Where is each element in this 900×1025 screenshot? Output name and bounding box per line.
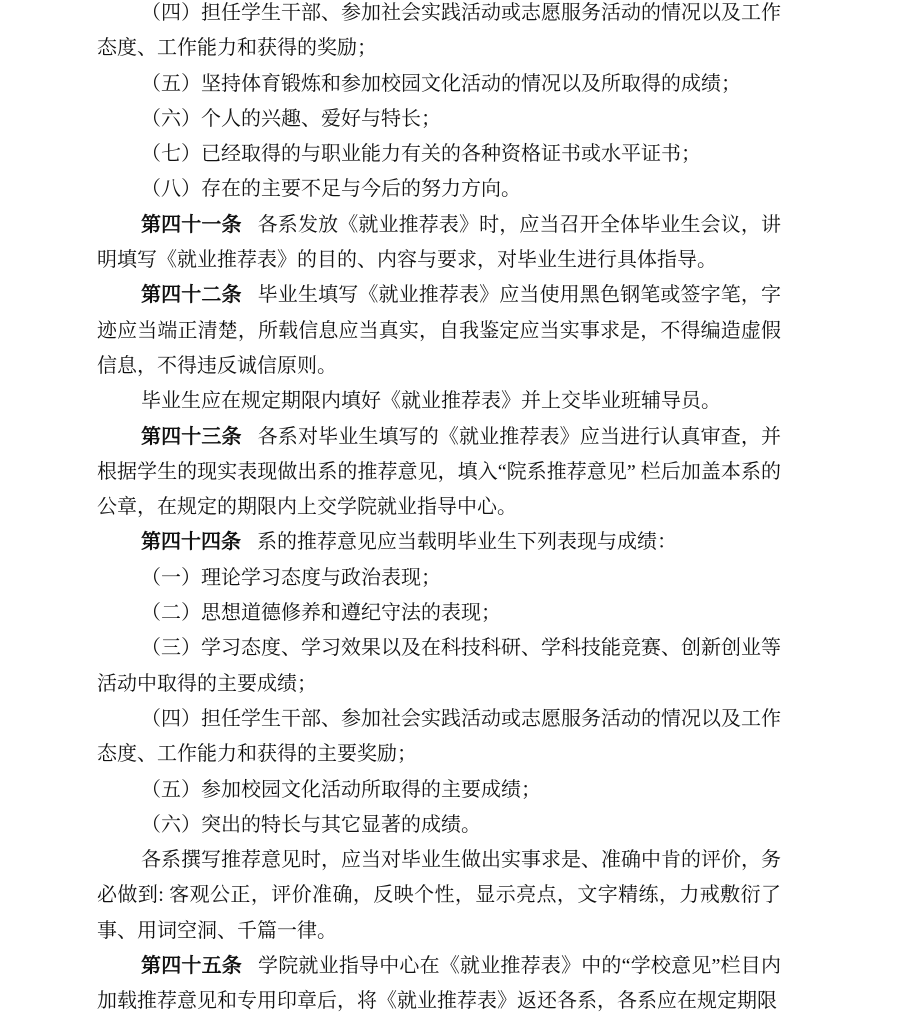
article-number-label: 第四十一条 bbox=[141, 214, 242, 236]
paragraph-text: 毕业生应在规定期限内填好《就业推荐表》并上交毕业班辅导员。 bbox=[141, 390, 721, 412]
article-number-label: 第四十二条 bbox=[141, 284, 242, 306]
paragraph: （三）学习态度、学习效果以及在科技科研、学科技能竞赛、创新创业等活动中取得的主要… bbox=[97, 631, 781, 702]
paragraph-text: （八）存在的主要不足与今后的努力方向。 bbox=[141, 178, 521, 200]
paragraph-text: （六）突出的特长与其它显著的成绩。 bbox=[141, 814, 481, 836]
paragraph-text: （四）担任学生干部、参加社会实践活动或志愿服务活动的情况以及工作态度、工作能力和… bbox=[97, 708, 781, 765]
paragraph: 第四十三条各系对毕业生填写的《就业推荐表》应当进行认真审查，并根据学生的现实表现… bbox=[97, 420, 781, 526]
paragraph: 第四十二条毕业生填写《就业推荐表》应当使用黑色钢笔或签字笔，字迹应当端正清楚，所… bbox=[97, 278, 781, 384]
paragraph-text: 各系撰写推荐意见时，应当对毕业生做出实事求是、准确中肯的评价，务必做到: 客观公… bbox=[97, 849, 781, 942]
paragraph: （八）存在的主要不足与今后的努力方向。 bbox=[97, 172, 781, 207]
paragraph-text: （五）坚持体育锻炼和参加校园文化活动的情况以及所取得的成绩； bbox=[141, 73, 741, 95]
paragraph-text: （二）思想道德修养和遵纪守法的表现； bbox=[141, 602, 501, 624]
paragraph-text: （六）个人的兴趣、爱好与特长； bbox=[141, 108, 441, 130]
paragraph: 第四十五条学院就业指导中心在《就业推荐表》中的“学校意见”栏目内加载推荐意见和专… bbox=[97, 949, 781, 1020]
paragraph: （一）理论学习态度与政治表现； bbox=[97, 561, 781, 596]
paragraph: 各系撰写推荐意见时，应当对毕业生做出实事求是、准确中肯的评价，务必做到: 客观公… bbox=[97, 843, 781, 949]
paragraph: （四）担任学生干部、参加社会实践活动或志愿服务活动的情况以及工作态度、工作能力和… bbox=[97, 0, 781, 67]
article-number-label: 第四十四条 bbox=[141, 531, 241, 553]
paragraph-text: （三）学习态度、学习效果以及在科技科研、学科技能竞赛、创新创业等活动中取得的主要… bbox=[97, 637, 781, 694]
article-number-label: 第四十三条 bbox=[141, 426, 242, 448]
paragraph: （六）突出的特长与其它显著的成绩。 bbox=[97, 808, 781, 843]
article-number-label: 第四十五条 bbox=[141, 955, 242, 977]
paragraph: （五）参加校园文化活动所取得的主要成绩； bbox=[97, 773, 781, 808]
paragraph: 第四十四条系的推荐意见应当载明毕业生下列表现与成绩： bbox=[97, 525, 781, 560]
document-page: （四）担任学生干部、参加社会实践活动或志愿服务活动的情况以及工作态度、工作能力和… bbox=[0, 0, 900, 1025]
paragraph-text: （四）担任学生干部、参加社会实践活动或志愿服务活动的情况以及工作态度、工作能力和… bbox=[97, 2, 781, 59]
paragraph: （五）坚持体育锻炼和参加校园文化活动的情况以及所取得的成绩； bbox=[97, 67, 781, 102]
paragraph-text: （一）理论学习态度与政治表现； bbox=[141, 567, 441, 589]
document-text-block: （四）担任学生干部、参加社会实践活动或志愿服务活动的情况以及工作态度、工作能力和… bbox=[97, 0, 781, 1020]
paragraph: （四）担任学生干部、参加社会实践活动或志愿服务活动的情况以及工作态度、工作能力和… bbox=[97, 702, 781, 773]
paragraph-text: （五）参加校园文化活动所取得的主要成绩； bbox=[141, 779, 541, 801]
paragraph: （七）已经取得的与职业能力有关的各种资格证书或水平证书； bbox=[97, 137, 781, 172]
paragraph-text: 系的推荐意见应当载明毕业生下列表现与成绩： bbox=[257, 531, 677, 553]
paragraph: 第四十一条各系发放《就业推荐表》时，应当召开全体毕业生会议，讲明填写《就业推荐表… bbox=[97, 208, 781, 279]
paragraph: 毕业生应在规定期限内填好《就业推荐表》并上交毕业班辅导员。 bbox=[97, 384, 781, 419]
paragraph: （二）思想道德修养和遵纪守法的表现； bbox=[97, 596, 781, 631]
paragraph: （六）个人的兴趣、爱好与特长； bbox=[97, 102, 781, 137]
paragraph-text: （七）已经取得的与职业能力有关的各种资格证书或水平证书； bbox=[141, 143, 701, 165]
